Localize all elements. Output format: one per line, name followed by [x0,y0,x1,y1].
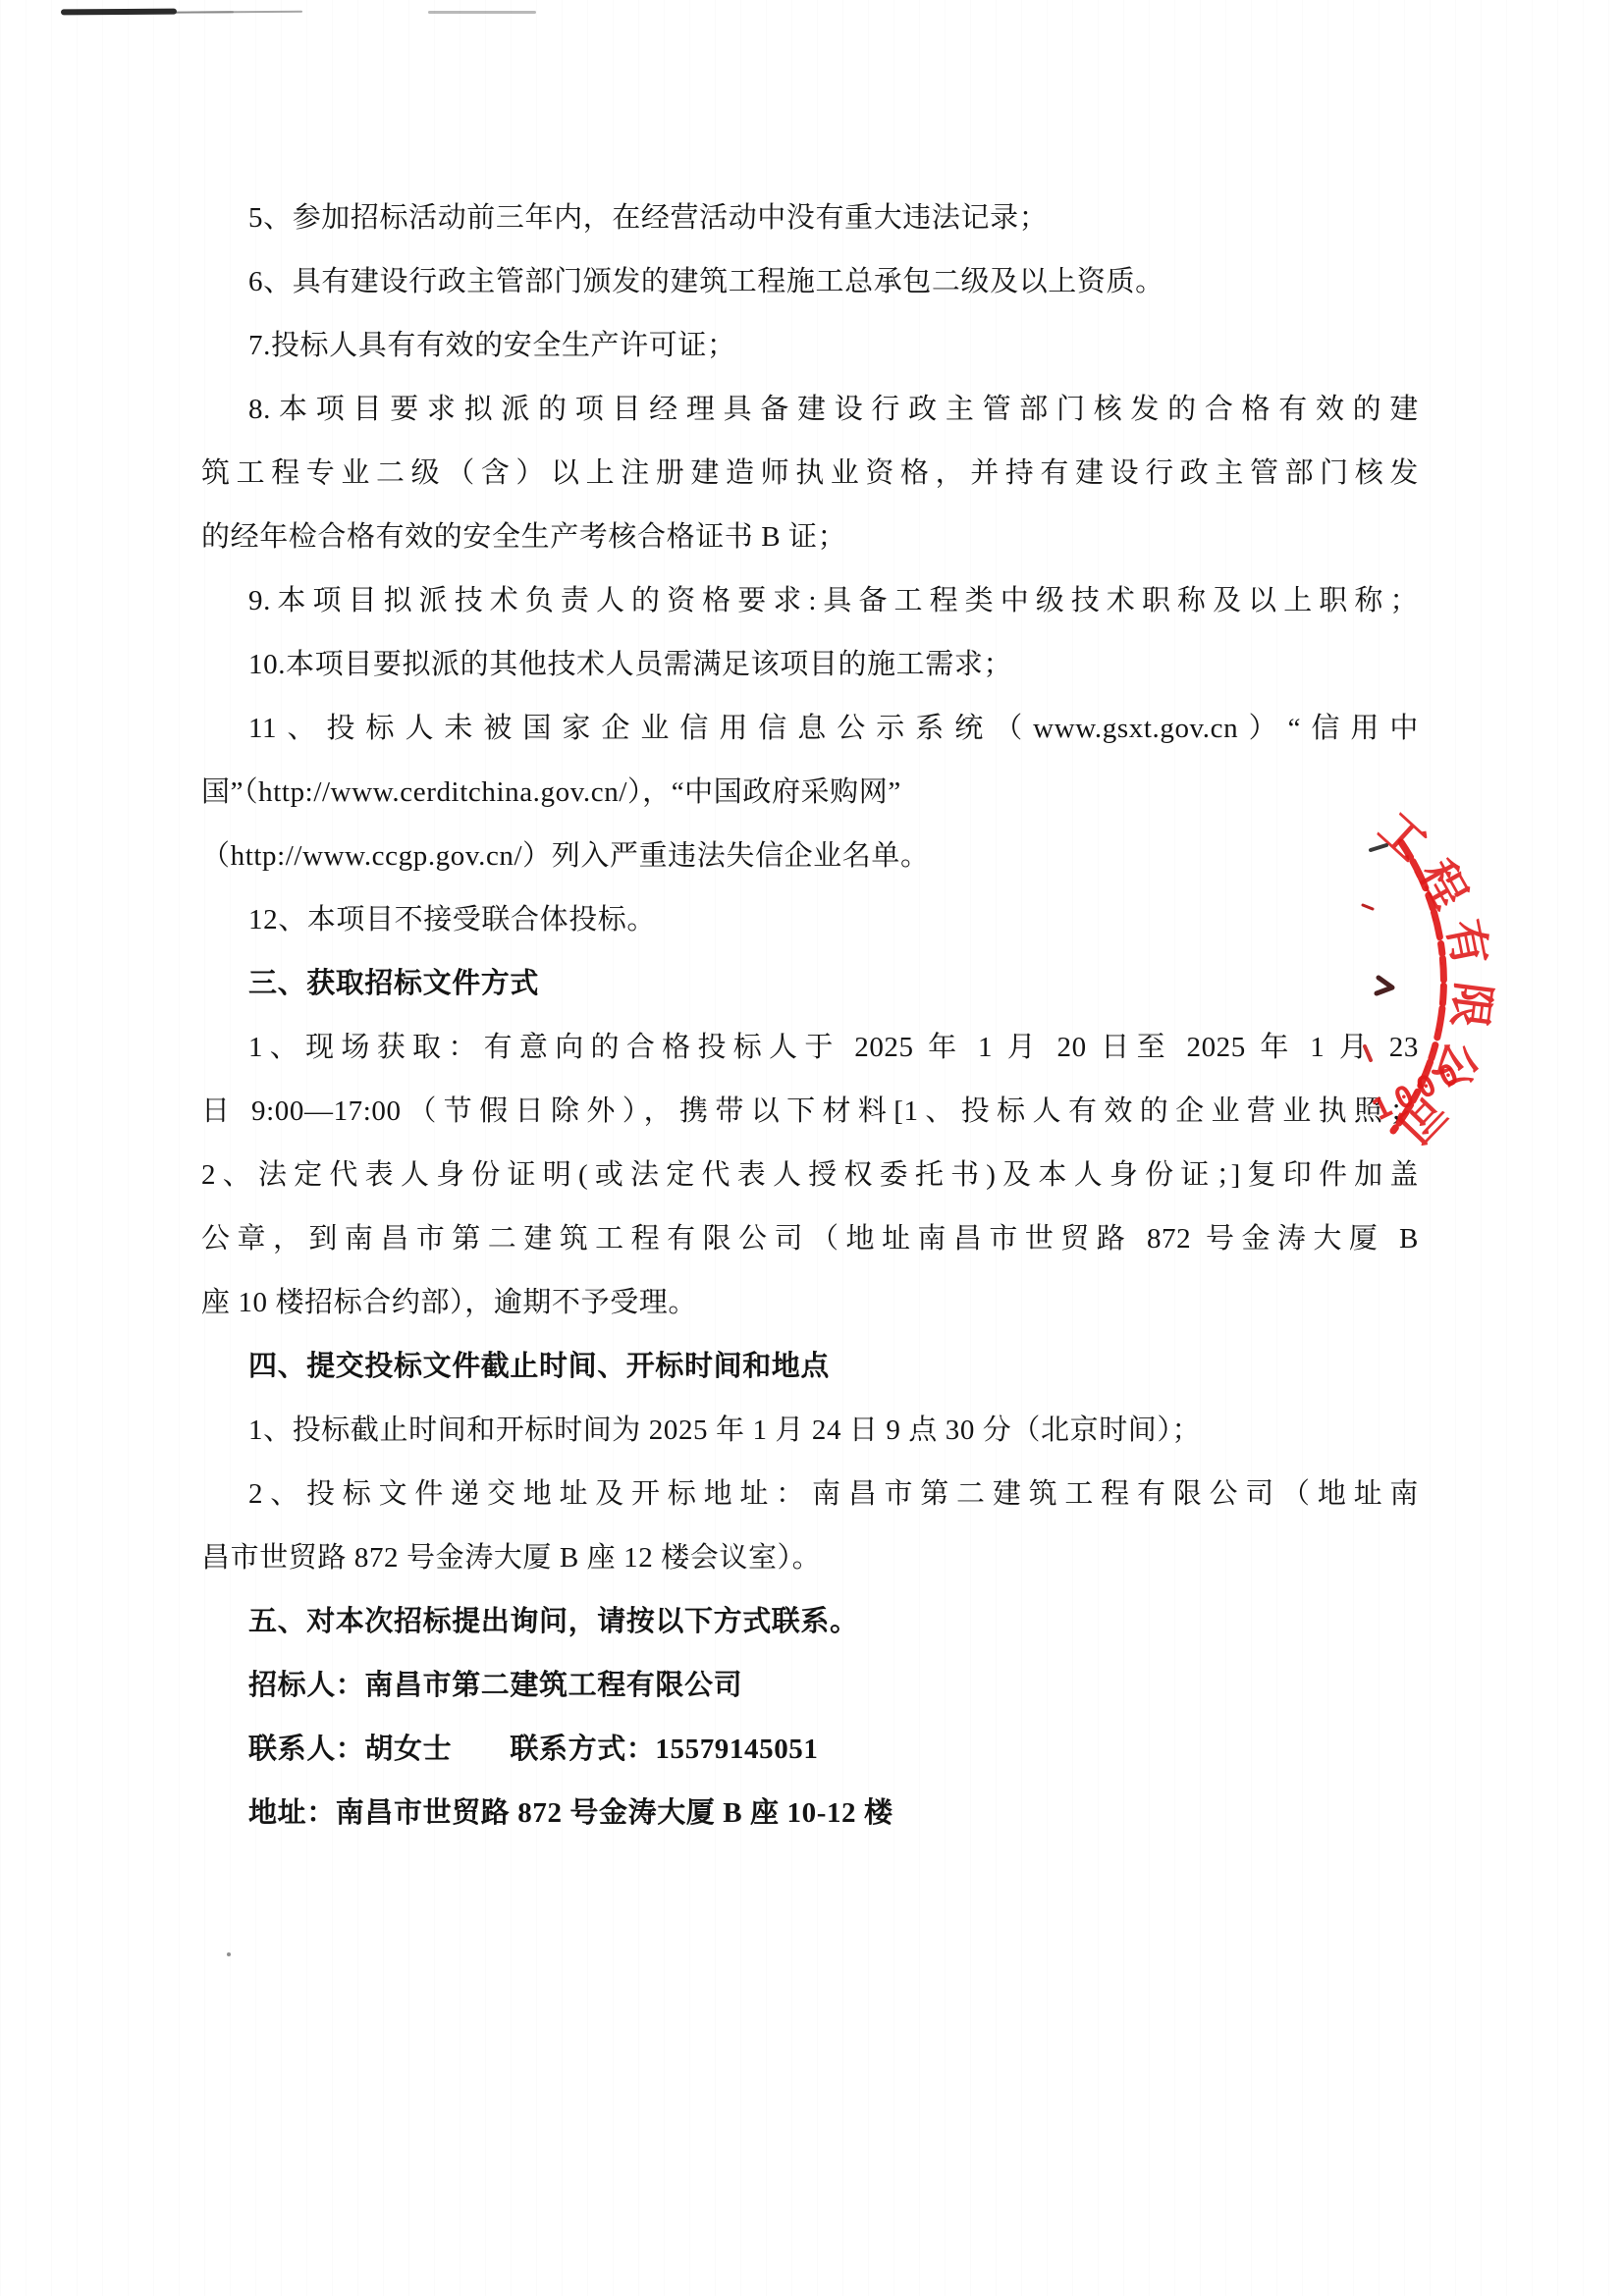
text-line: 1、现场获取：有意向的合格投标人于 2025 年 1 月 20 日至 2025 … [201,1016,1419,1080]
text-line: 11、投标人未被国家企业信用信息公示系统（www.gsxt.gov.cn）“信用… [201,697,1419,761]
document-body: 5、参加招标活动前三年内，在经营活动中没有重大违法记录；6、具有建设行政主管部门… [201,187,1419,1845]
section-heading-line: 招标人：南昌市第二建筑工程有限公司 [201,1654,1419,1718]
text-line: 昌市世贸路 872 号金涛大厦 B 座 12 楼会议室）。 [201,1526,1419,1590]
text-line: （http://www.ccgp.gov.cn/）列入严重违法失信企业名单。 [201,825,1419,888]
text-line: 1、投标截止时间和开标时间为 2025 年 1 月 24 日 9 点 30 分（… [201,1399,1419,1463]
text-line: 8.本项目要求拟派的项目经理具备建设行政主管部门核发的合格有效的建 [201,378,1419,442]
text-line: 的经年检合格有效的安全生产考核合格证书 B 证； [201,506,1419,569]
scan-artifact-dot [227,1952,231,1956]
text-line: 6、具有建设行政主管部门颁发的建筑工程施工总承包二级及以上资质。 [201,250,1419,314]
text-line: 5、参加招标活动前三年内，在经营活动中没有重大违法记录； [201,187,1419,250]
text-line: 国”（http://www.cerditchina.gov.cn/），“中国政府… [201,761,1419,825]
section-heading-line: 三、获取招标文件方式 [201,952,1419,1016]
scan-artifact-smudge [428,11,536,14]
text-line: 2、投标文件递交地址及开标地址：南昌市第二建筑工程有限公司（地址南 [201,1463,1419,1526]
text-line: 7.投标人具有有效的安全生产许可证； [201,314,1419,378]
text-line: 9.本项目拟派技术负责人的资格要求:具备工程类中级技术职称及以上职称； [201,569,1419,633]
text-line: 12、本项目不接受联合体投标。 [201,888,1419,952]
text-line: 10.本项目要拟派的其他技术人员需满足该项目的施工需求； [201,633,1419,697]
section-heading-line: 四、提交投标文件截止时间、开标时间和地点 [201,1335,1419,1399]
text-line: 2、法定代表人身份证明(或法定代表人授权委托书)及本人身份证；]复印件加盖 [201,1144,1419,1207]
text-line: 日 9:00—17:00（节假日除外），携带以下材料[1、投标人有效的企业营业执… [201,1080,1419,1144]
section-heading-line: 地址：南昌市世贸路 872 号金涛大厦 B 座 10-12 楼 [201,1782,1419,1845]
scan-artifact-smudge [61,9,177,16]
scanned-document-page: 5、参加招标活动前三年内，在经营活动中没有重大违法记录；6、具有建设行政主管部门… [0,0,1623,2296]
text-line: 筑工程专业二级（含）以上注册建造师执业资格，并持有建设行政主管部门核发 [201,442,1419,506]
section-heading-line: 五、对本次招标提出询问，请按以下方式联系。 [201,1590,1419,1654]
text-line: 公章，到南昌市第二建筑工程有限公司（地址南昌市世贸路 872 号金涛大厦 B [201,1207,1419,1271]
text-line: 座 10 楼招标合约部），逾期不予受理。 [201,1271,1419,1335]
section-heading-line: 联系人：胡女士 联系方式：15579145051 [201,1718,1419,1782]
